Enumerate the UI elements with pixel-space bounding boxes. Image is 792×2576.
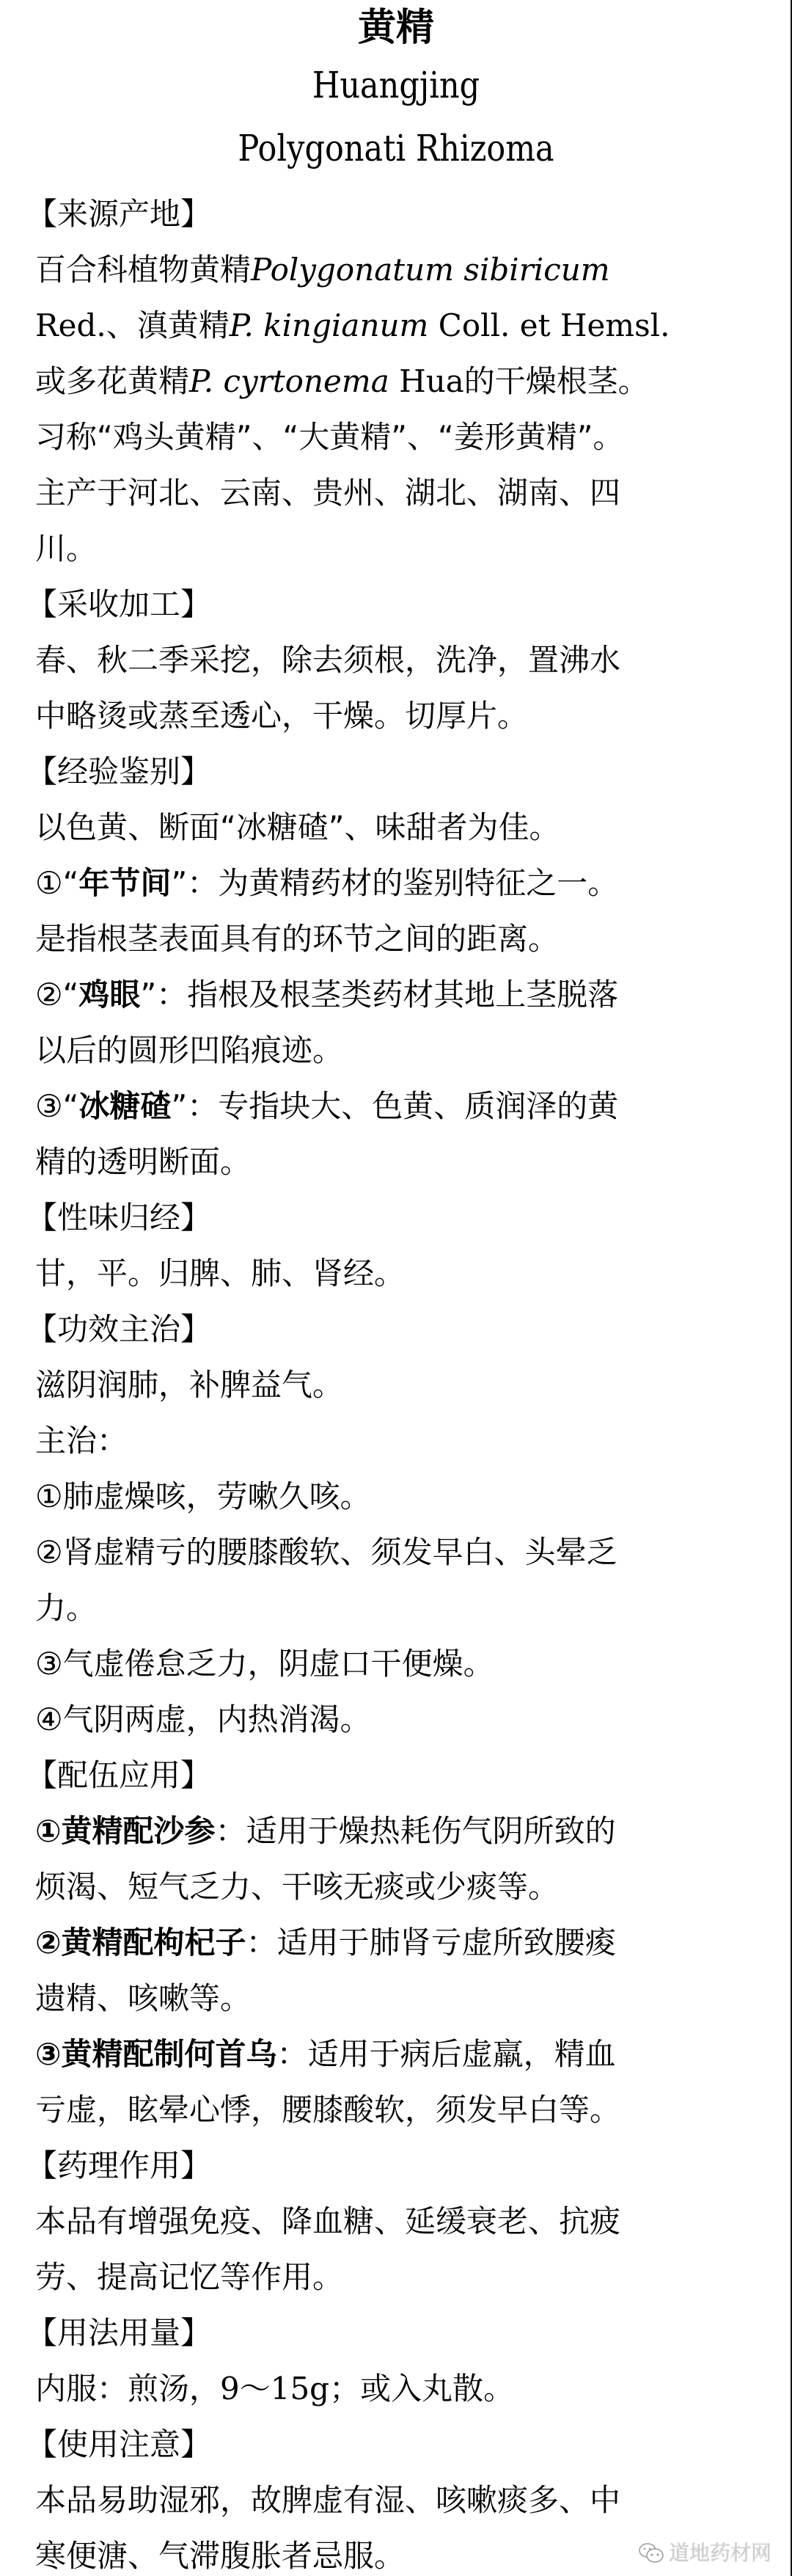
efficacy-item-1: ①肺虚燥咳，劳嗽久咳。 (35, 1475, 371, 1519)
source-line-6: 川。 (35, 527, 97, 571)
efficacy-line-1: 滋阴润肺，补脾益气。 (35, 1363, 343, 1407)
source-line-2: Red.、滇黄精P. kingianum Coll. et Hemsl. (35, 304, 670, 348)
pharmacology-line-1: 本品有增强免疫、降血糖、延缓衰老、抗疲 (35, 2200, 620, 2244)
watermark-text: 道地药材网 (669, 2540, 771, 2566)
wechat-icon (638, 2542, 664, 2564)
text: ①“ (35, 865, 78, 901)
term: ③黄精配制何首乌 (35, 2036, 277, 2072)
section-heading-efficacy: 【功效主治】 (26, 1307, 211, 1351)
caution-line-2: 寒便溏、气滞腹胀者忌服。 (35, 2534, 405, 2576)
identification-item-3: ③“冰糖碴”：专指块大、色黄、质润泽的黄 (35, 1084, 618, 1128)
source-line-5: 主产于河北、云南、贵州、湖北、湖南、四 (35, 471, 620, 515)
term: ②黄精配枸杞子 (35, 1924, 246, 1960)
term: 冰糖碴 (78, 1088, 171, 1124)
caution-line-1: 本品易助湿邪，故脾虚有湿、咳嗽痰多、中 (35, 2478, 620, 2522)
identification-item-2-line-2: 以后的圆形凹陷痕迹。 (35, 1029, 343, 1073)
identification-item-1: ①“年节间”：为黄精药材的鉴别特征之一。 (35, 861, 618, 905)
title-latin: Polygonati Rhizoma (56, 125, 737, 172)
latin-name: Polygonatum sibiricum (251, 252, 610, 288)
section-heading-identification: 【经验鉴别】 (26, 750, 211, 794)
section-heading-nature: 【性味归经】 (26, 1196, 211, 1240)
text: 百合科植物黄精 (35, 252, 251, 288)
term: 年节间 (78, 865, 171, 901)
text: ”：专指块大、色黄、质润泽的黄 (171, 1088, 618, 1124)
latin-name: P. kingianum (230, 307, 429, 343)
combination-item-2-line-2: 遗精、咳嗽等。 (35, 1977, 251, 2021)
document-page: 黄精 Huangjing Polygonati Rhizoma 【来源产地】 百… (0, 0, 792, 2576)
combination-item-1-line-2: 烦渴、短气乏力、干咳无痰或少痰等。 (35, 1865, 559, 1909)
efficacy-item-4: ④气阴两虚，内热消渴。 (35, 1698, 371, 1742)
latin-name: P. cyrtonema (189, 363, 389, 399)
section-heading-dosage: 【用法用量】 (26, 2311, 211, 2355)
text: 内服：煎汤， (35, 2371, 220, 2407)
section-heading-caution: 【使用注意】 (26, 2423, 211, 2467)
processing-line-1: 春、秋二季采挖，除去须根，洗净，置沸水 (35, 638, 620, 682)
section-heading-combination: 【配伍应用】 (26, 1754, 211, 1798)
section-heading-source: 【来源产地】 (26, 192, 211, 236)
text: ：适用于病后虚羸，精血 (277, 2036, 616, 2072)
text: Coll. et Hemsl. (428, 307, 670, 343)
watermark: 道地药材网 (638, 2540, 771, 2566)
processing-line-2: 中略烫或蒸至透心，干燥。切厚片。 (35, 694, 528, 738)
identification-item-3-line-2: 精的透明断面。 (35, 1140, 251, 1184)
identification-line-1: 以色黄、断面“冰糖碴”、味甜者为佳。 (35, 806, 560, 850)
text: ”：为黄精药材的鉴别特征之一。 (171, 865, 618, 901)
source-line-4: 习称“鸡头黄精”、“大黄精”、“姜形黄精”。 (35, 415, 624, 459)
text: ③“ (35, 1088, 78, 1124)
text: Hua的干燥根茎。 (389, 363, 649, 399)
combination-item-3: ③黄精配制何首乌：适用于病后虚羸，精血 (35, 2032, 616, 2076)
efficacy-item-2: ②肾虚精亏的腰膝酸软、须发早白、头晕乏 (35, 1530, 617, 1575)
term: 鸡眼 (78, 977, 140, 1012)
combination-item-2: ②黄精配枸杞子：适用于肺肾亏虚所致腰痠 (35, 1921, 616, 1965)
nature-line-1: 甘，平。归脾、肺、肾经。 (35, 1252, 405, 1296)
term: ①黄精配沙参 (35, 1813, 216, 1849)
efficacy-line-2: 主治： (35, 1419, 128, 1463)
text: Red.、滇黄精 (35, 307, 230, 343)
identification-item-1-line-2: 是指根茎表面具有的环节之间的距离。 (35, 917, 559, 961)
efficacy-item-3: ③气虚倦怠乏力，阴虚口干便燥。 (35, 1642, 494, 1686)
source-line-3: 或多花黄精P. cyrtonema Hua的干燥根茎。 (35, 360, 649, 404)
combination-item-1: ①黄精配沙参：适用于燥热耗伤气阴所致的 (35, 1809, 616, 1853)
text: 或多花黄精 (35, 363, 189, 399)
text: ：适用于肺肾亏虚所致腰痠 (246, 1924, 616, 1960)
dose-range: 9～15g (220, 2371, 329, 2407)
section-heading-pharmacology: 【药理作用】 (26, 2144, 211, 2188)
identification-item-2: ②“鸡眼”：指根及根茎类药材其地上茎脱落 (35, 973, 618, 1017)
efficacy-item-2-line-2: 力。 (35, 1586, 97, 1630)
text: ”：指根及根茎类药材其地上茎脱落 (140, 977, 618, 1012)
dosage-line-1: 内服：煎汤，9～15g；或入丸散。 (35, 2367, 514, 2411)
page-title: 黄精 (0, 4, 792, 51)
text: ②“ (35, 977, 78, 1012)
pharmacology-line-2: 劳、提高记忆等作用。 (35, 2255, 343, 2299)
section-heading-processing: 【采收加工】 (26, 583, 211, 627)
source-line-1: 百合科植物黄精Polygonatum sibiricum (35, 248, 610, 292)
text: ：适用于燥热耗伤气阴所致的 (216, 1813, 616, 1849)
combination-item-3-line-2: 亏虚，眩晕心悸，腰膝酸软，须发早白等。 (35, 2088, 620, 2132)
title-pinyin: Huangjing (56, 62, 737, 109)
text: ；或入丸散。 (329, 2371, 514, 2407)
